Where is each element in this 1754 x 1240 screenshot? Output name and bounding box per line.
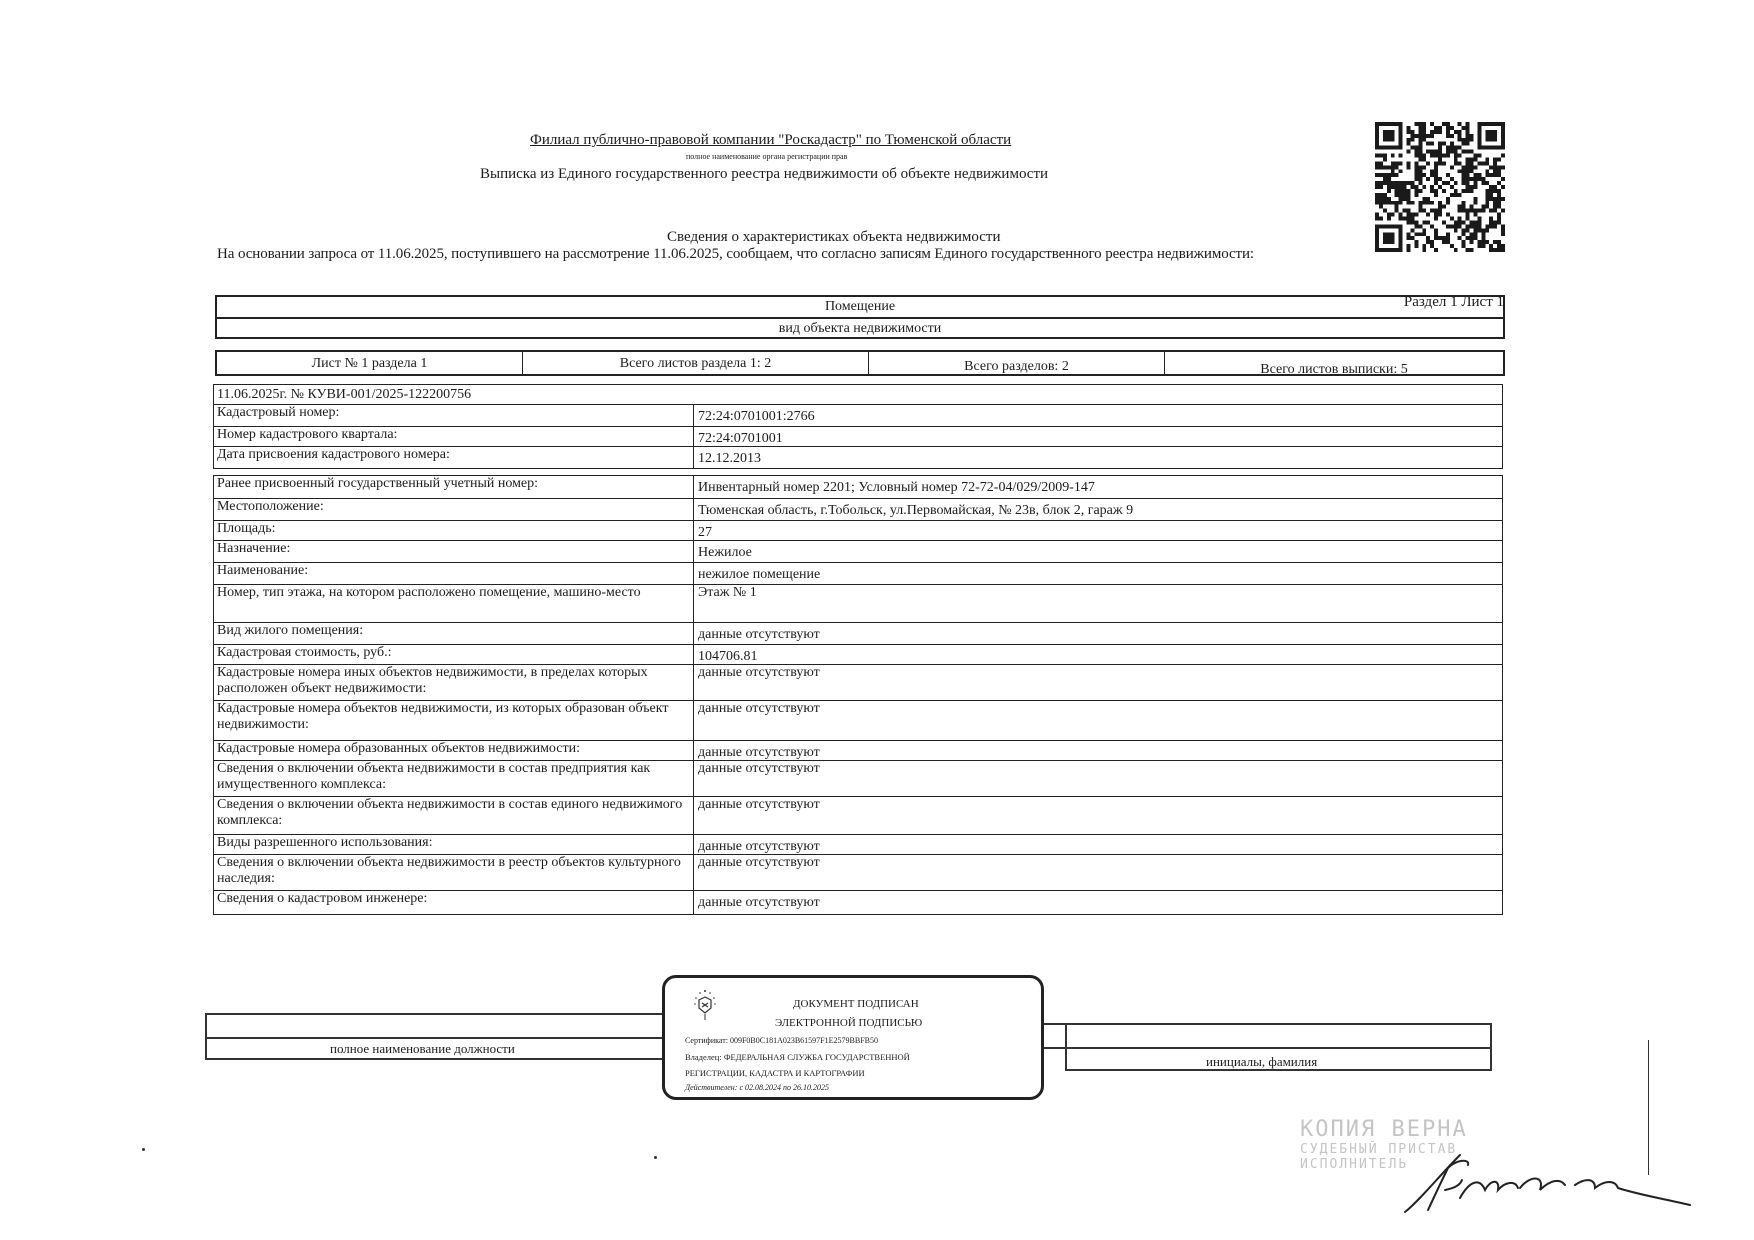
row-value: данные отсутствуют (694, 623, 1502, 644)
row-value: Инвентарный номер 2201; Условный номер 7… (694, 476, 1502, 498)
table-row: Сведения о включении объекта недвижимост… (213, 761, 1503, 797)
handwritten-signature-icon (1400, 1150, 1700, 1220)
divider (205, 1013, 207, 1059)
row-value: Тюменская область, г.Тобольск, ул.Первом… (694, 499, 1502, 520)
row-value: 27 (694, 521, 1502, 540)
stamp-validity: Действителен: с 02.08.2024 по 26.10.2025 (685, 1083, 829, 1092)
row-label: Кадастровые номера объектов недвижимости… (214, 701, 694, 740)
row-label: Номер кадастрового квартала: (214, 427, 694, 446)
row-value: данные отсутствуют (694, 701, 1502, 740)
table-row: Назначение:Нежилое (213, 541, 1503, 563)
copy-stamp-line1: КОПИЯ ВЕРНА (1300, 1117, 1468, 1142)
characteristics-table: 11.06.2025г. № КУВИ-001/2025-122200756 К… (213, 384, 1503, 915)
organization-name: Филиал публично-правовой компании "Роска… (530, 132, 1011, 149)
divider (1005, 1023, 1490, 1025)
row-label: Площадь: (214, 521, 694, 540)
table-row: Кадастровые номера объектов недвижимости… (213, 701, 1503, 741)
total-sections: Всего разделов: 2 (869, 352, 1165, 374)
row-label: Сведения о включении объекта недвижимост… (214, 797, 694, 834)
row-value: 104706.81 (694, 645, 1502, 664)
table-row: Ранее присвоенный государственный учетны… (213, 475, 1503, 499)
table-row: Вид жилого помещения:данные отсутствуют (213, 623, 1503, 645)
divider (205, 1013, 665, 1015)
extract-number: 11.06.2025г. № КУВИ-001/2025-122200756 (214, 385, 1502, 404)
table-row: Номер, тип этажа, на котором расположено… (213, 585, 1503, 623)
table-row: Наименование:нежилое помещение (213, 563, 1503, 585)
request-line: На основании запроса от 11.06.2025, пост… (217, 246, 1254, 263)
organization-note: полное наименование органа регистрации п… (686, 152, 847, 161)
row-value: 72:24:0701001 (694, 427, 1502, 446)
divider (1490, 1023, 1492, 1071)
stamp-owner-cont: РЕГИСТРАЦИИ, КАДАСТРА И КАРТОГРАФИИ (685, 1068, 865, 1078)
total-sheets-section: Всего листов раздела 1: 2 (523, 352, 869, 374)
row-label: Сведения о кадастровом инженере: (214, 891, 694, 914)
sheet-of-section: Лист № 1 раздела 1 (217, 352, 523, 374)
row-label: Кадастровые номера образованных объектов… (214, 741, 694, 760)
scan-speck (142, 1148, 145, 1151)
row-label: Сведения о включении объекта недвижимост… (214, 761, 694, 796)
object-kind-box: Помещение вид объекта недвижимости (215, 295, 1505, 339)
stamp-line2: ЭЛЕКТРОННОЙ ПОДПИСЬЮ (775, 1017, 922, 1029)
row-value: нежилое помещение (694, 563, 1502, 584)
table-row: Дата присвоения кадастрового номера:12.1… (213, 447, 1503, 469)
row-label: Кадастровый номер: (214, 405, 694, 426)
row-value: данные отсутствуют (694, 741, 1502, 760)
row-value: Нежилое (694, 541, 1502, 562)
row-label: Дата присвоения кадастрового номера: (214, 447, 694, 468)
row-value: данные отсутствуют (694, 761, 1502, 796)
table-row: Кадастровая стоимость, руб.:104706.81 (213, 645, 1503, 665)
row-value: данные отсутствуют (694, 665, 1502, 700)
row-label: Сведения о включении объекта недвижимост… (214, 855, 694, 890)
row-label: Номер, тип этажа, на котором расположено… (214, 585, 694, 622)
table-row: Местоположение:Тюменская область, г.Тобо… (213, 499, 1503, 521)
object-kind-value: Помещение (217, 299, 1503, 315)
table-row: Сведения о включении объекта недвижимост… (213, 797, 1503, 835)
total-sheets-extract: Всего листов выписки: 5 (1165, 352, 1503, 374)
sheet-info-row: Лист № 1 раздела 1 Всего листов раздела … (215, 350, 1505, 376)
table-row: Виды разрешенного использования:данные о… (213, 835, 1503, 855)
table-row: Номер кадастрового квартала:72:24:070100… (213, 427, 1503, 447)
row-value: данные отсутствуют (694, 891, 1502, 914)
section-subtitle: Сведения о характеристиках объекта недви… (667, 229, 1001, 246)
row-value: данные отсутствуют (694, 855, 1502, 890)
table-row: Сведения о включении объекта недвижимост… (213, 855, 1503, 891)
emblem-icon (691, 988, 719, 1020)
stamp-owner: Владелец: ФЕДЕРАЛЬНАЯ СЛУЖБА ГОСУДАРСТВЕ… (685, 1052, 910, 1062)
table-row: Кадастровый номер:72:24:0701001:2766 (213, 405, 1503, 427)
row-value: данные отсутствуют (694, 835, 1502, 854)
divider (205, 1058, 665, 1060)
divider (1065, 1023, 1067, 1071)
object-kind-caption: вид объекта недвижимости (217, 321, 1503, 337)
qr-code-icon (1374, 122, 1506, 252)
row-label: Кадастровая стоимость, руб.: (214, 645, 694, 664)
divider (1005, 1047, 1490, 1049)
row-label: Назначение: (214, 541, 694, 562)
electronic-signature-stamp: ДОКУМЕНТ ПОДПИСАН ЭЛЕКТРОННОЙ ПОДПИСЬЮ С… (662, 975, 1044, 1100)
divider (217, 317, 1503, 319)
row-label: Виды разрешенного использования: (214, 835, 694, 854)
row-label: Наименование: (214, 563, 694, 584)
table-row: Кадастровые номера иных объектов недвижи… (213, 665, 1503, 701)
row-label: Местоположение: (214, 499, 694, 520)
row-label: Вид жилого помещения: (214, 623, 694, 644)
extract-number-row: 11.06.2025г. № КУВИ-001/2025-122200756 (213, 384, 1503, 405)
divider (205, 1037, 665, 1039)
row-label: Ранее присвоенный государственный учетны… (214, 476, 694, 498)
document-title: Выписка из Единого государственного реес… (480, 166, 1048, 183)
stamp-certificate: Сертификат: 009F0B0C181A023B61597F1E2579… (685, 1036, 878, 1045)
position-caption: полное наименование должности (330, 1041, 515, 1057)
row-value: 12.12.2013 (694, 447, 1502, 468)
table-row: Площадь:27 (213, 521, 1503, 541)
scan-speck (654, 1156, 657, 1159)
row-label: Кадастровые номера иных объектов недвижи… (214, 665, 694, 700)
name-caption: инициалы, фамилия (1206, 1054, 1317, 1070)
stamp-line1: ДОКУМЕНТ ПОДПИСАН (793, 998, 919, 1010)
row-value: 72:24:0701001:2766 (694, 405, 1502, 426)
row-value: Этаж № 1 (694, 585, 1502, 622)
row-value: данные отсутствуют (694, 797, 1502, 834)
table-row: Сведения о кадастровом инженере:данные о… (213, 891, 1503, 915)
table-row: Кадастровые номера образованных объектов… (213, 741, 1503, 761)
